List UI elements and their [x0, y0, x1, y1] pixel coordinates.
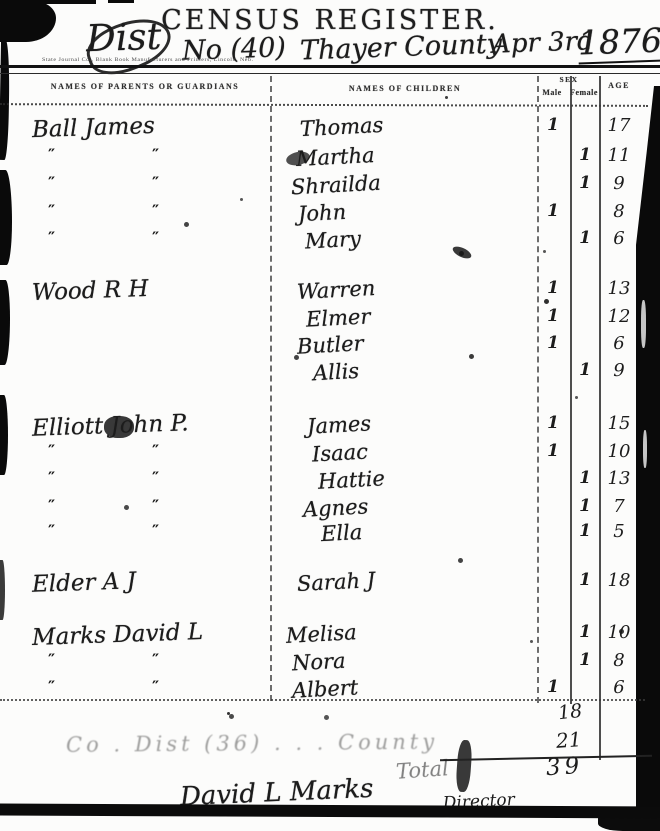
column-header-children: NAMES OF CHILDREN [320, 84, 490, 93]
male-mark: 1 [538, 278, 568, 298]
age-value: 18 [602, 570, 636, 591]
ditto-mark: ″ [48, 521, 57, 540]
ditto-mark: ″ [152, 677, 161, 696]
table-row: Elder A J Sarah J 1 18 [0, 570, 660, 600]
female-mark: 1 [570, 521, 600, 541]
child-name: Agnes [302, 494, 369, 521]
column-header-female: Female [567, 88, 601, 97]
table-row: ″ ″ Isaac 1 10 [0, 441, 660, 471]
child-name: Melisa [285, 620, 357, 648]
header-bottom-rule [0, 103, 648, 107]
table-row: ″ ″ Nora 1 8 [0, 650, 660, 680]
ditto-mark: ″ [48, 173, 57, 192]
age-value: 13 [602, 468, 636, 489]
parent-name: Marks David L [32, 619, 204, 651]
child-name: Isaac [311, 440, 368, 467]
ditto-mark: ″ [48, 228, 57, 247]
parent-name: Elliott John P. [32, 410, 189, 441]
ditto-mark: ″ [152, 468, 161, 487]
table-row: ″ ″ Shrailda 1 9 [0, 173, 660, 203]
handwritten-year: 1876 [577, 21, 660, 65]
age-value: 9 [602, 173, 636, 194]
subtotal-value: 18 [557, 700, 583, 724]
child-name: Warren [296, 276, 375, 304]
age-value: 17 [602, 115, 636, 136]
ditto-mark: ″ [152, 521, 161, 540]
table-bottom-rule [0, 699, 645, 701]
female-mark: 1 [570, 145, 600, 165]
age-value: 5 [602, 521, 636, 542]
torn-edge-top [0, 0, 96, 4]
male-mark: 1 [538, 115, 568, 135]
child-name: Mary [304, 227, 361, 254]
age-value: 8 [602, 201, 636, 222]
age-value: 10 [602, 622, 636, 643]
parent-name: Ball James [32, 113, 156, 143]
handwritten-district: Dist [85, 15, 162, 61]
table-row: Ball James Thomas 1 17 [0, 115, 660, 145]
column-header-parents: NAMES OF PARENTS OR GUARDIANS [30, 82, 260, 91]
female-mark: 1 [570, 622, 600, 642]
printer-imprint: State Journal Co., Blank Book Manufactur… [42, 57, 342, 62]
header-rule [0, 65, 660, 74]
child-name: Martha [295, 143, 375, 171]
ditto-mark: ″ [152, 173, 161, 192]
child-name: Nora [291, 649, 346, 676]
torn-edge-top [108, 0, 134, 3]
male-mark: 1 [538, 413, 568, 433]
age-value: 7 [602, 496, 636, 517]
child-name: Allis [312, 359, 359, 385]
male-mark: 1 [538, 441, 568, 461]
age-value: 13 [602, 278, 636, 299]
ditto-mark: ″ [152, 650, 161, 669]
child-name: Hattie [317, 466, 385, 493]
parent-name: Wood R H [32, 276, 149, 306]
child-name: Thomas [299, 113, 384, 141]
female-mark: 1 [570, 360, 600, 380]
table-row: ″ ″ Martha 1 11 [0, 145, 660, 175]
table-row: Wood R H Warren 1 13 [0, 278, 660, 308]
child-name: John [297, 200, 346, 226]
ditto-mark: ″ [152, 145, 161, 164]
child-name: Shrailda [290, 171, 381, 200]
total-label: Total [395, 756, 449, 784]
female-mark: 1 [570, 228, 600, 248]
total-value: 39 [545, 753, 584, 782]
male-mark: 1 [538, 201, 568, 221]
column-header-sex: SEX [538, 75, 600, 84]
child-name: Elmer [305, 304, 371, 331]
female-mark: 1 [570, 468, 600, 488]
ditto-mark: ″ [152, 496, 161, 515]
table-row: Allis 1 9 [0, 360, 660, 390]
column-header-age: AGE [600, 81, 638, 90]
female-mark: 1 [570, 570, 600, 590]
ink-specks [445, 96, 448, 99]
age-value: 12 [602, 306, 636, 327]
table-row: Elliott John P. James 1 15 [0, 413, 660, 443]
carried-forward-note: Co . Dist (36) . . . County [66, 729, 496, 757]
torn-corner-top-left [0, 0, 56, 42]
age-value: 9 [602, 360, 636, 381]
ditto-mark: ″ [152, 441, 161, 460]
table-row: ″ ″ Mary 1 6 [0, 228, 660, 258]
child-name: Butler [296, 331, 364, 358]
age-value: 6 [602, 677, 636, 698]
ditto-mark: ″ [152, 228, 161, 247]
census-register-page: CENSUS REGISTER. Dist No (40) Thayer Cou… [0, 0, 660, 831]
ditto-mark: ″ [152, 201, 161, 220]
age-value: 15 [602, 413, 636, 434]
table-row: ″ ″ John 1 8 [0, 201, 660, 231]
ditto-mark: ″ [48, 496, 57, 515]
ditto-mark: ″ [48, 201, 57, 220]
table-row: Butler 1 6 [0, 333, 660, 363]
ditto-mark: ″ [48, 468, 57, 487]
female-mark: 1 [570, 650, 600, 670]
table-row: ″ ″ Ella 1 5 [0, 521, 660, 551]
column-header-male: Male [534, 88, 570, 97]
table-row: ″ ″ Hattie 1 13 [0, 468, 660, 498]
child-name: Ella [320, 520, 362, 546]
table-row: Marks David L Melisa 1 10 [0, 622, 660, 652]
parent-name: Elder A J [32, 568, 137, 598]
carried-forward-value: 21 [555, 727, 582, 753]
age-value: 8 [602, 650, 636, 671]
ditto-mark: ″ [48, 145, 57, 164]
male-mark: 1 [538, 333, 568, 353]
age-value: 6 [602, 333, 636, 354]
female-mark: 1 [570, 496, 600, 516]
male-mark: 1 [538, 306, 568, 326]
age-value: 10 [602, 441, 636, 462]
child-name: Sarah J [296, 568, 375, 596]
male-mark: 1 [538, 677, 568, 697]
table-row: Elmer 1 12 [0, 306, 660, 336]
scan-bottom-edge [0, 804, 660, 819]
child-name: James [306, 411, 371, 438]
age-value: 11 [602, 145, 636, 166]
ditto-mark: ″ [48, 441, 57, 460]
female-mark: 1 [570, 173, 600, 193]
age-value: 6 [602, 228, 636, 249]
ditto-mark: ″ [48, 677, 57, 696]
ditto-mark: ″ [48, 650, 57, 669]
